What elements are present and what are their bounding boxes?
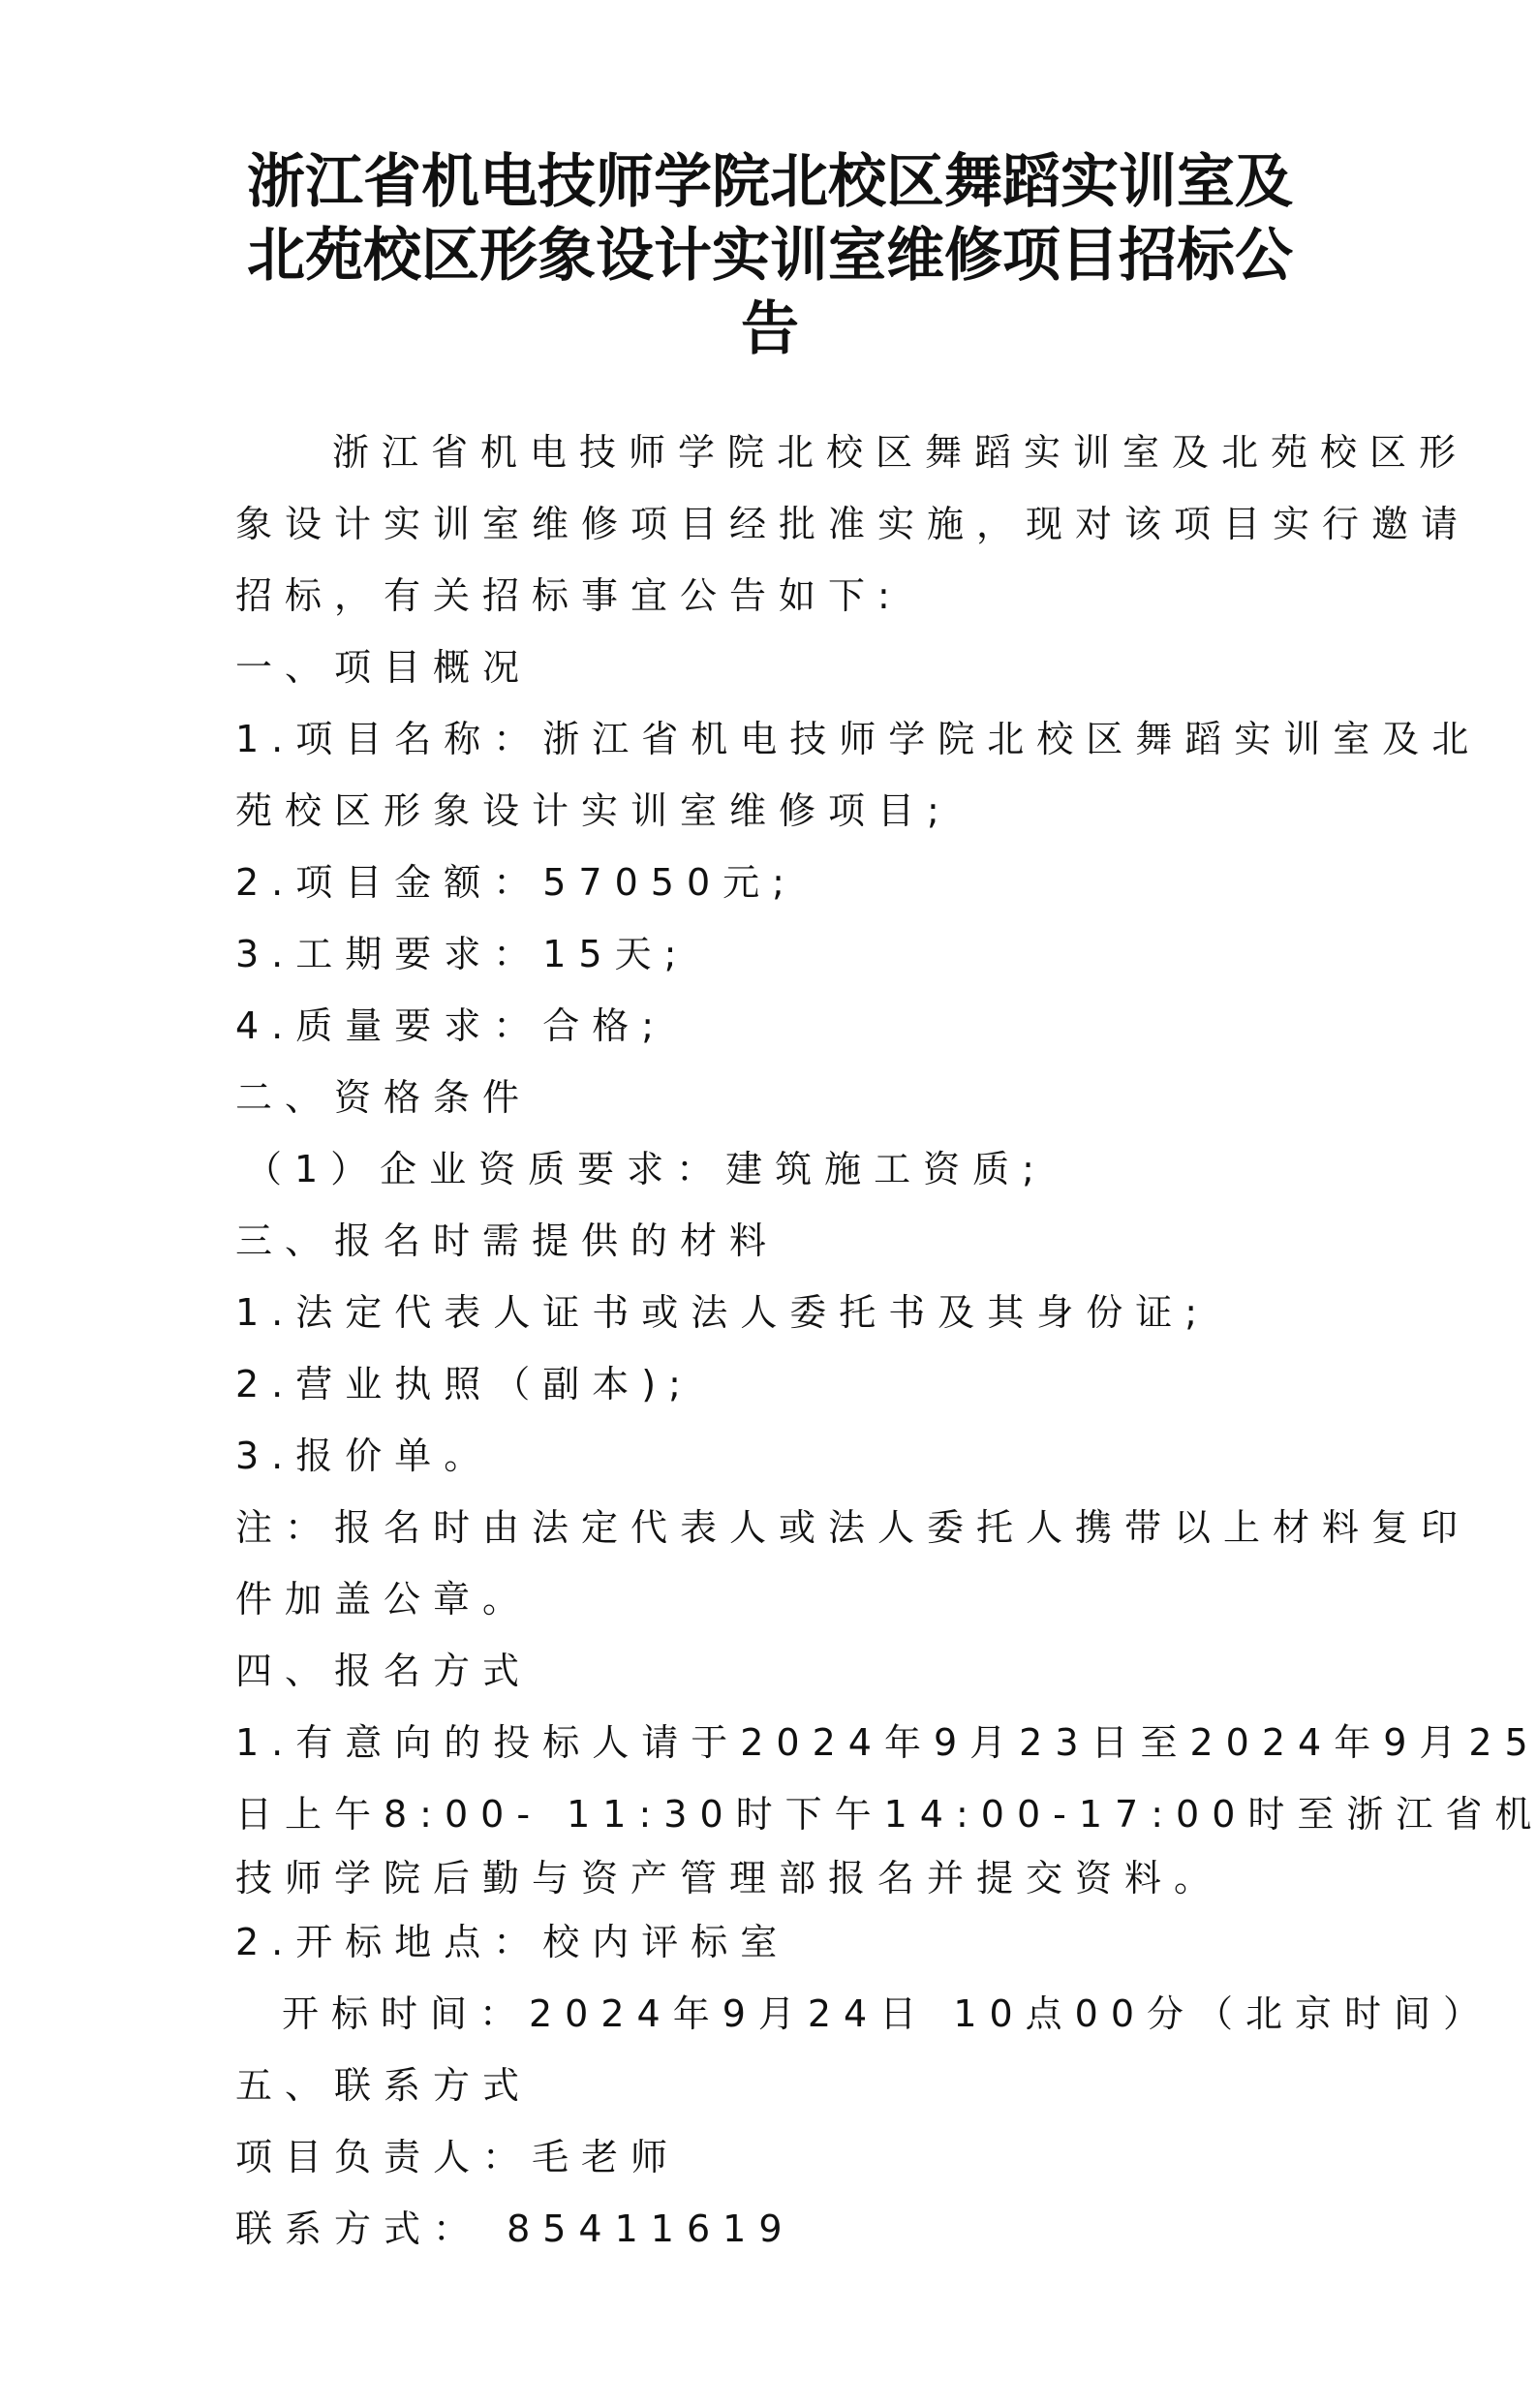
material-item-2: 2.营业执照（副本);: [235, 1348, 1315, 1420]
section-heading-project-overview: 一、项目概况: [235, 632, 1315, 703]
contact-person: 项目负责人：毛老师: [235, 2121, 1315, 2193]
bid-opening-location: 2.开标地点：校内评标室: [235, 1906, 1315, 1978]
project-duration: 3.工期要求：15天;: [235, 918, 1315, 990]
material-item-1: 1.法定代表人证书或法人委托书及其身份证;: [235, 1277, 1315, 1348]
document-body: 浙江省机电技师学院北校区舞蹈实训室及北苑校区形 象设计实训室维修项目经批准实施，…: [235, 417, 1315, 2265]
title-line-1: 浙江省机电技师学院北校区舞蹈实训室及: [232, 145, 1307, 219]
section-heading-materials: 三、报名时需提供的材料: [235, 1205, 1315, 1277]
title-line-3: 告: [232, 293, 1307, 366]
bid-opening-time: 开标时间：2024年9月24日 10点00分（北京时间）: [235, 1978, 1315, 2050]
contact-phone: 联系方式： 85411619: [235, 2193, 1315, 2265]
note-line-2: 件加盖公章。: [235, 1563, 1315, 1635]
title-line-2: 北苑校区形象设计实训室维修项目招标公: [232, 219, 1307, 293]
note-line-1: 注：报名时由法定代表人或法人委托人携带以上材料复印: [235, 1492, 1315, 1563]
material-item-3: 3.报价单。: [235, 1420, 1315, 1492]
registration-line-3: 技师学院后勤与资产管理部报名并提交资料。: [235, 1850, 1315, 1906]
project-quality: 4.质量要求：合格;: [235, 990, 1315, 1062]
registration-line-1: 1.有意向的投标人请于2024年9月23日至2024年9月25: [235, 1707, 1315, 1778]
intro-line-1: 浙江省机电技师学院北校区舞蹈实训室及北苑校区形: [235, 417, 1315, 488]
section-heading-contact: 五、联系方式: [235, 2050, 1315, 2121]
project-amount: 2.项目金额：57050元;: [235, 847, 1315, 918]
intro-line-2: 象设计实训室维修项目经批准实施，现对该项目实行邀请: [235, 488, 1315, 560]
section-heading-qualifications: 二、资格条件: [235, 1062, 1315, 1133]
qualification-item: （1）企业资质要求：建筑施工资质;: [235, 1133, 1315, 1205]
registration-line-2: 日上午8:00- 11:30时下午14:00-17:00时至浙江省机电: [235, 1778, 1315, 1850]
intro-line-3: 招标，有关招标事宜公告如下:: [235, 560, 1315, 632]
project-name-line-2: 苑校区形象设计实训室维修项目;: [235, 775, 1315, 847]
project-name-line-1: 1.项目名称：浙江省机电技师学院北校区舞蹈实训室及北: [235, 703, 1315, 775]
document-title: 浙江省机电技师学院北校区舞蹈实训室及 北苑校区形象设计实训室维修项目招标公 告: [232, 145, 1307, 366]
section-heading-registration: 四、报名方式: [235, 1635, 1315, 1707]
